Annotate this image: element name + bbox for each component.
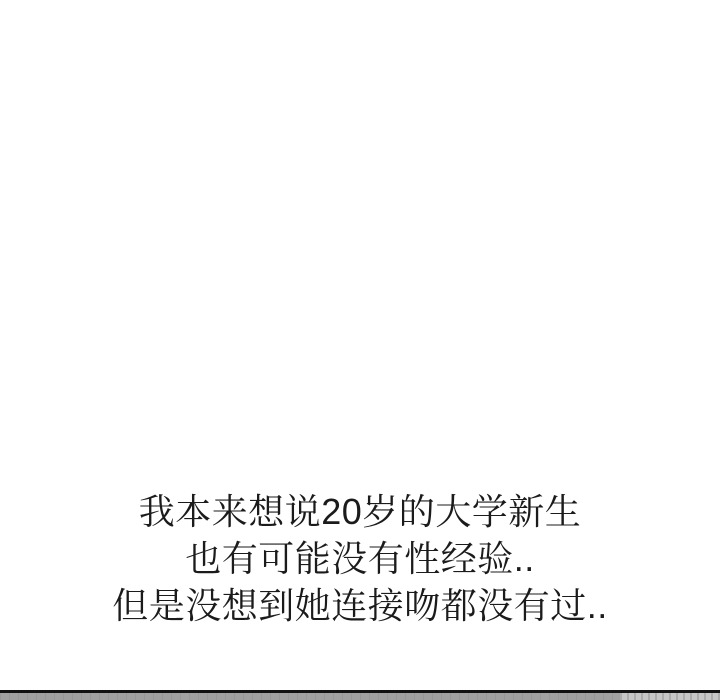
panel-gray-left [0,693,620,700]
panel-gray-striped [620,693,720,700]
caption-line-3: 但是没想到她连接吻都没有过.. [0,582,720,629]
narration-caption: 我本来想说20岁的大学新生 也有可能没有性经验.. 但是没想到她连接吻都没有过.… [0,488,720,629]
caption-line-1: 我本来想说20岁的大学新生 [0,488,720,535]
panel-artwork-sliver [0,693,720,700]
caption-line-2: 也有可能没有性经验.. [0,535,720,582]
next-panel-top-edge [0,690,720,700]
comic-page: 我本来想说20岁的大学新生 也有可能没有性经验.. 但是没想到她连接吻都没有过.… [0,0,720,700]
